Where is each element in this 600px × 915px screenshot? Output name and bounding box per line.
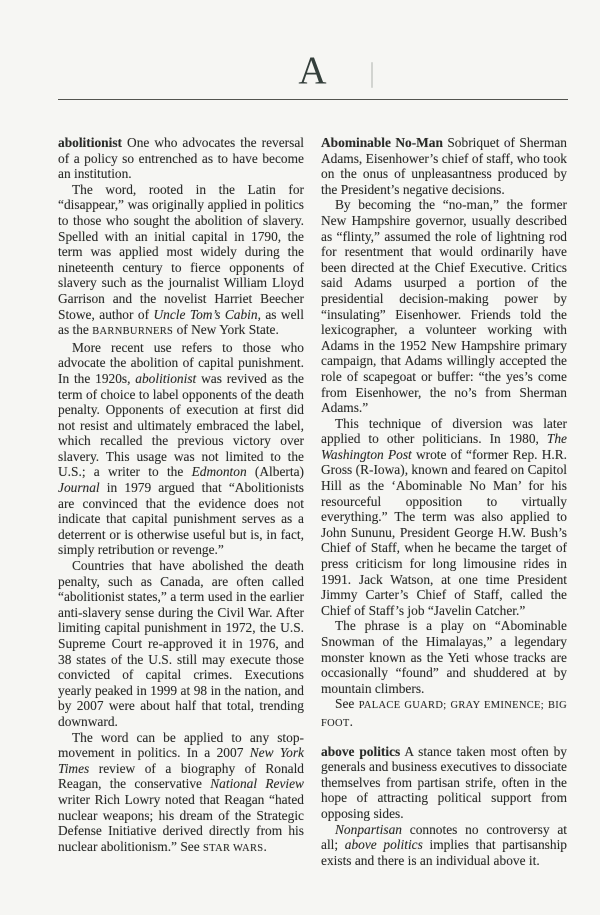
entry-paragraph: The word can be applied to any stop-move… (58, 730, 304, 857)
text-run: See (335, 696, 359, 711)
cross-reference: STAR WARS (203, 843, 263, 854)
entry-paragraph: Nonpartisan connotes no controversy at a… (321, 822, 567, 869)
text-run: National Review (210, 776, 304, 791)
cross-reference-line: See PALACE GUARD; GRAY EMINENCE; BIG FOO… (321, 696, 567, 731)
book-page: A abolitionist One who advocates the rev… (0, 0, 600, 915)
text-run: wrote of “former Rep. H.R. Gross (R-Iowa… (321, 447, 567, 618)
text-run: writer Rich Lowry noted that Reagan “hat… (58, 792, 304, 854)
section-header: A (58, 0, 568, 100)
entry-paragraph: More recent use refers to those who advo… (58, 340, 304, 558)
text-run: above politics (345, 837, 423, 852)
text-run: abolitionist (135, 371, 196, 386)
text-run: Journal (58, 480, 100, 495)
page-content: A abolitionist One who advocates the rev… (58, 0, 568, 868)
text-run: This technique of diversion was later ap… (321, 416, 567, 447)
text-run: (Alberta) (247, 464, 304, 479)
cross-reference: BARNBURNERS (92, 326, 173, 337)
headword: above politics (321, 744, 400, 759)
entry-paragraph: abolitionist One who advocates the rever… (58, 135, 304, 182)
cross-reference: PALACE GUARD; GRAY EMINENCE; BIG FOOT (321, 700, 567, 729)
entry-paragraph: above politics A stance taken most often… (321, 744, 567, 822)
text-columns: abolitionist One who advocates the rever… (58, 135, 568, 868)
text-run: Edmonton (192, 464, 247, 479)
text-run: Countries that have abolished the death … (58, 558, 304, 729)
text-run: By becoming the “no-man,” the former New… (321, 197, 567, 415)
entry-paragraph: The phrase is a play on “Abominable Snow… (321, 618, 567, 696)
column-left: abolitionist One who advocates the rever… (58, 135, 304, 868)
entry-paragraph: Abominable No-Man Sobriquet of Sherman A… (321, 135, 567, 197)
entry-paragraph: Countries that have abolished the death … (58, 558, 304, 730)
dictionary-entry: abolitionist One who advocates the rever… (58, 135, 304, 856)
headword: abolitionist (58, 135, 122, 150)
section-letter: A (58, 50, 568, 92)
text-run: of New York State. (173, 322, 279, 337)
entry-paragraph: This technique of diversion was later ap… (321, 416, 567, 619)
text-run: Nonpartisan (335, 822, 402, 837)
text-run: . (350, 714, 353, 729)
headword: Abominable No-Man (321, 135, 443, 150)
entry-paragraph: By becoming the “no-man,” the former New… (321, 197, 567, 415)
dictionary-entry: above politics A stance taken most often… (321, 744, 567, 869)
section-divider-rule (58, 99, 568, 100)
text-run: The word, rooted in the Latin for “disap… (58, 182, 304, 322)
text-run: . (263, 839, 266, 854)
entry-paragraph: The word, rooted in the Latin for “disap… (58, 182, 304, 340)
text-run: Uncle Tom’s Cabin (153, 307, 257, 322)
text-run: was revived as the term of choice to lab… (58, 371, 304, 480)
dictionary-entry: Abominable No-Man Sobriquet of Sherman A… (321, 135, 567, 732)
scan-artifact-line (371, 62, 373, 88)
column-right: Abominable No-Man Sobriquet of Sherman A… (321, 135, 567, 868)
text-run: The phrase is a play on “Abominable Snow… (321, 618, 567, 695)
